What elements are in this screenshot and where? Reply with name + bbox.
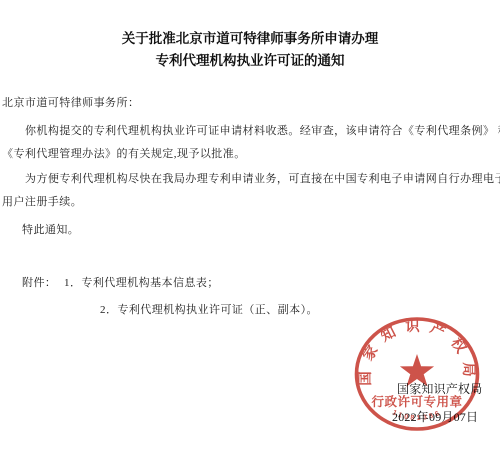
- paragraph2-line-2: 用户注册手续。: [2, 193, 82, 209]
- seal-banner-text: 行政许可专用章: [371, 394, 462, 409]
- addressee-line: 北京市道可特律师事务所：: [2, 94, 139, 110]
- attachments-label: 附件：: [22, 274, 56, 290]
- notice-document: 关于批准北京市道可特律师事务所申请办理 专利代理机构执业许可证的通知 北京市道可…: [0, 0, 500, 450]
- paragraph1-line-2: 《专利代理管理办法》的有关规定,现予以批准。: [2, 145, 246, 161]
- paragraph2-line-1: 为方便专利代理机构尽快在我局办理专利申请业务，可直接在中国专利电子申请网自行办理…: [25, 170, 500, 186]
- attachment-item-1: 1．专利代理机构基本信息表；: [64, 274, 219, 290]
- closing-line: 特此通知。: [22, 221, 79, 237]
- paragraph1-line-1: 你机构提交的专利代理机构执业许可证申请材料收悉。经审查，该申请符合《专利代理条例…: [25, 122, 500, 138]
- seal-star-icon: [400, 354, 434, 387]
- document-title-line-2: 专利代理机构执业许可证的通知: [0, 49, 500, 69]
- document-title-line-1: 关于批准北京市道可特律师事务所申请办理: [0, 27, 500, 47]
- seal-serial-text: 11081386: [391, 409, 443, 422]
- attachment-item-2: 2．专利代理机构执业许可证（正、副本）。: [100, 301, 318, 317]
- official-seal: 国家知识产权局 行政许可专用章 11081386: [352, 315, 482, 435]
